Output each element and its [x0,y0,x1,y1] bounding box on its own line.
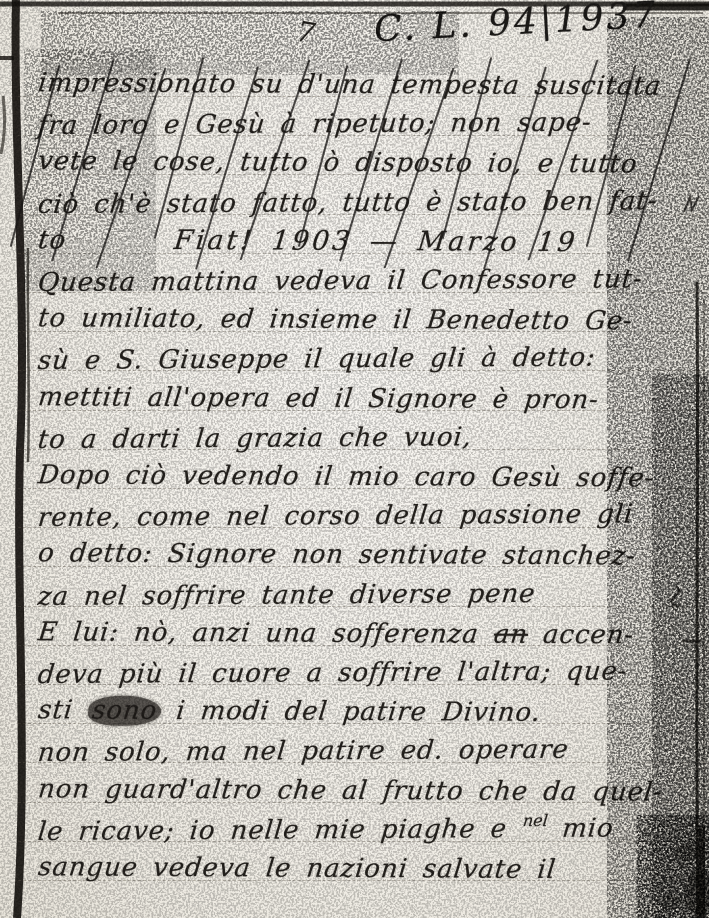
manuscript-line: Questa mattina vedeva il Confessore tut- [36,260,700,304]
manuscript-line: to a darti la grazia che vuoi, [36,417,700,461]
manuscript-line: to umiliato, ed insieme il Benedetto Ge- [36,299,700,342]
manuscript-line: sti sono i modi del patire Divino. [36,691,700,734]
manuscript-line: ciò ch'è stato fatto, tutto è stato ben … [36,182,700,226]
manuscript-line: sù e S. Giuseppe il quale gli à detto: [36,338,700,382]
manuscript-line: non solo, ma nel patire ed. operare [36,730,700,774]
manuscript-line: fra loro e Gesù à ripetuto; non sape- [36,103,700,147]
manuscript-line: impressionato su d'una tempesta suscitat… [36,64,700,107]
page-number-mark: 7 [294,15,317,51]
manuscript-line: Dopo ciò vedendo il mio caro Gesù soffe- [36,456,700,499]
manuscript-line: vete le cose, tutto ò disposto io, e tut… [36,143,700,186]
archive-number: C. L. 94|1937 [373,0,659,50]
manuscript-page: 7 C. L. 94|1937 impressionato su d'una t… [0,0,709,918]
manuscript-line: mettiti all'opera ed il Signore è pron- [36,378,700,421]
manuscript-line: rente, come nel corso della passione gli [36,495,700,539]
manuscript-line: za nel soffrire tante diverse pene [36,574,700,618]
manuscript-line: toFiat! 1903 — Marzo 19 [36,221,700,264]
manuscript-line: sangue vedeva le nazioni salvate il [36,848,700,891]
lines-layer: 7 C. L. 94|1937 impressionato su d'una t… [0,0,709,918]
manuscript-line: E lui: nò, anzi una sofferenza an accen- [36,613,700,656]
manuscript-line: non guard'altro che al frutto che da que… [36,770,700,813]
manuscript-line: le ricave; io nelle mie piaghe e nel mio [36,809,700,853]
manuscript-line: o detto: Signore non sentivate stanchez- [36,535,700,578]
manuscript-line: deva più il cuore a soffrire l'altra; qu… [36,652,700,696]
